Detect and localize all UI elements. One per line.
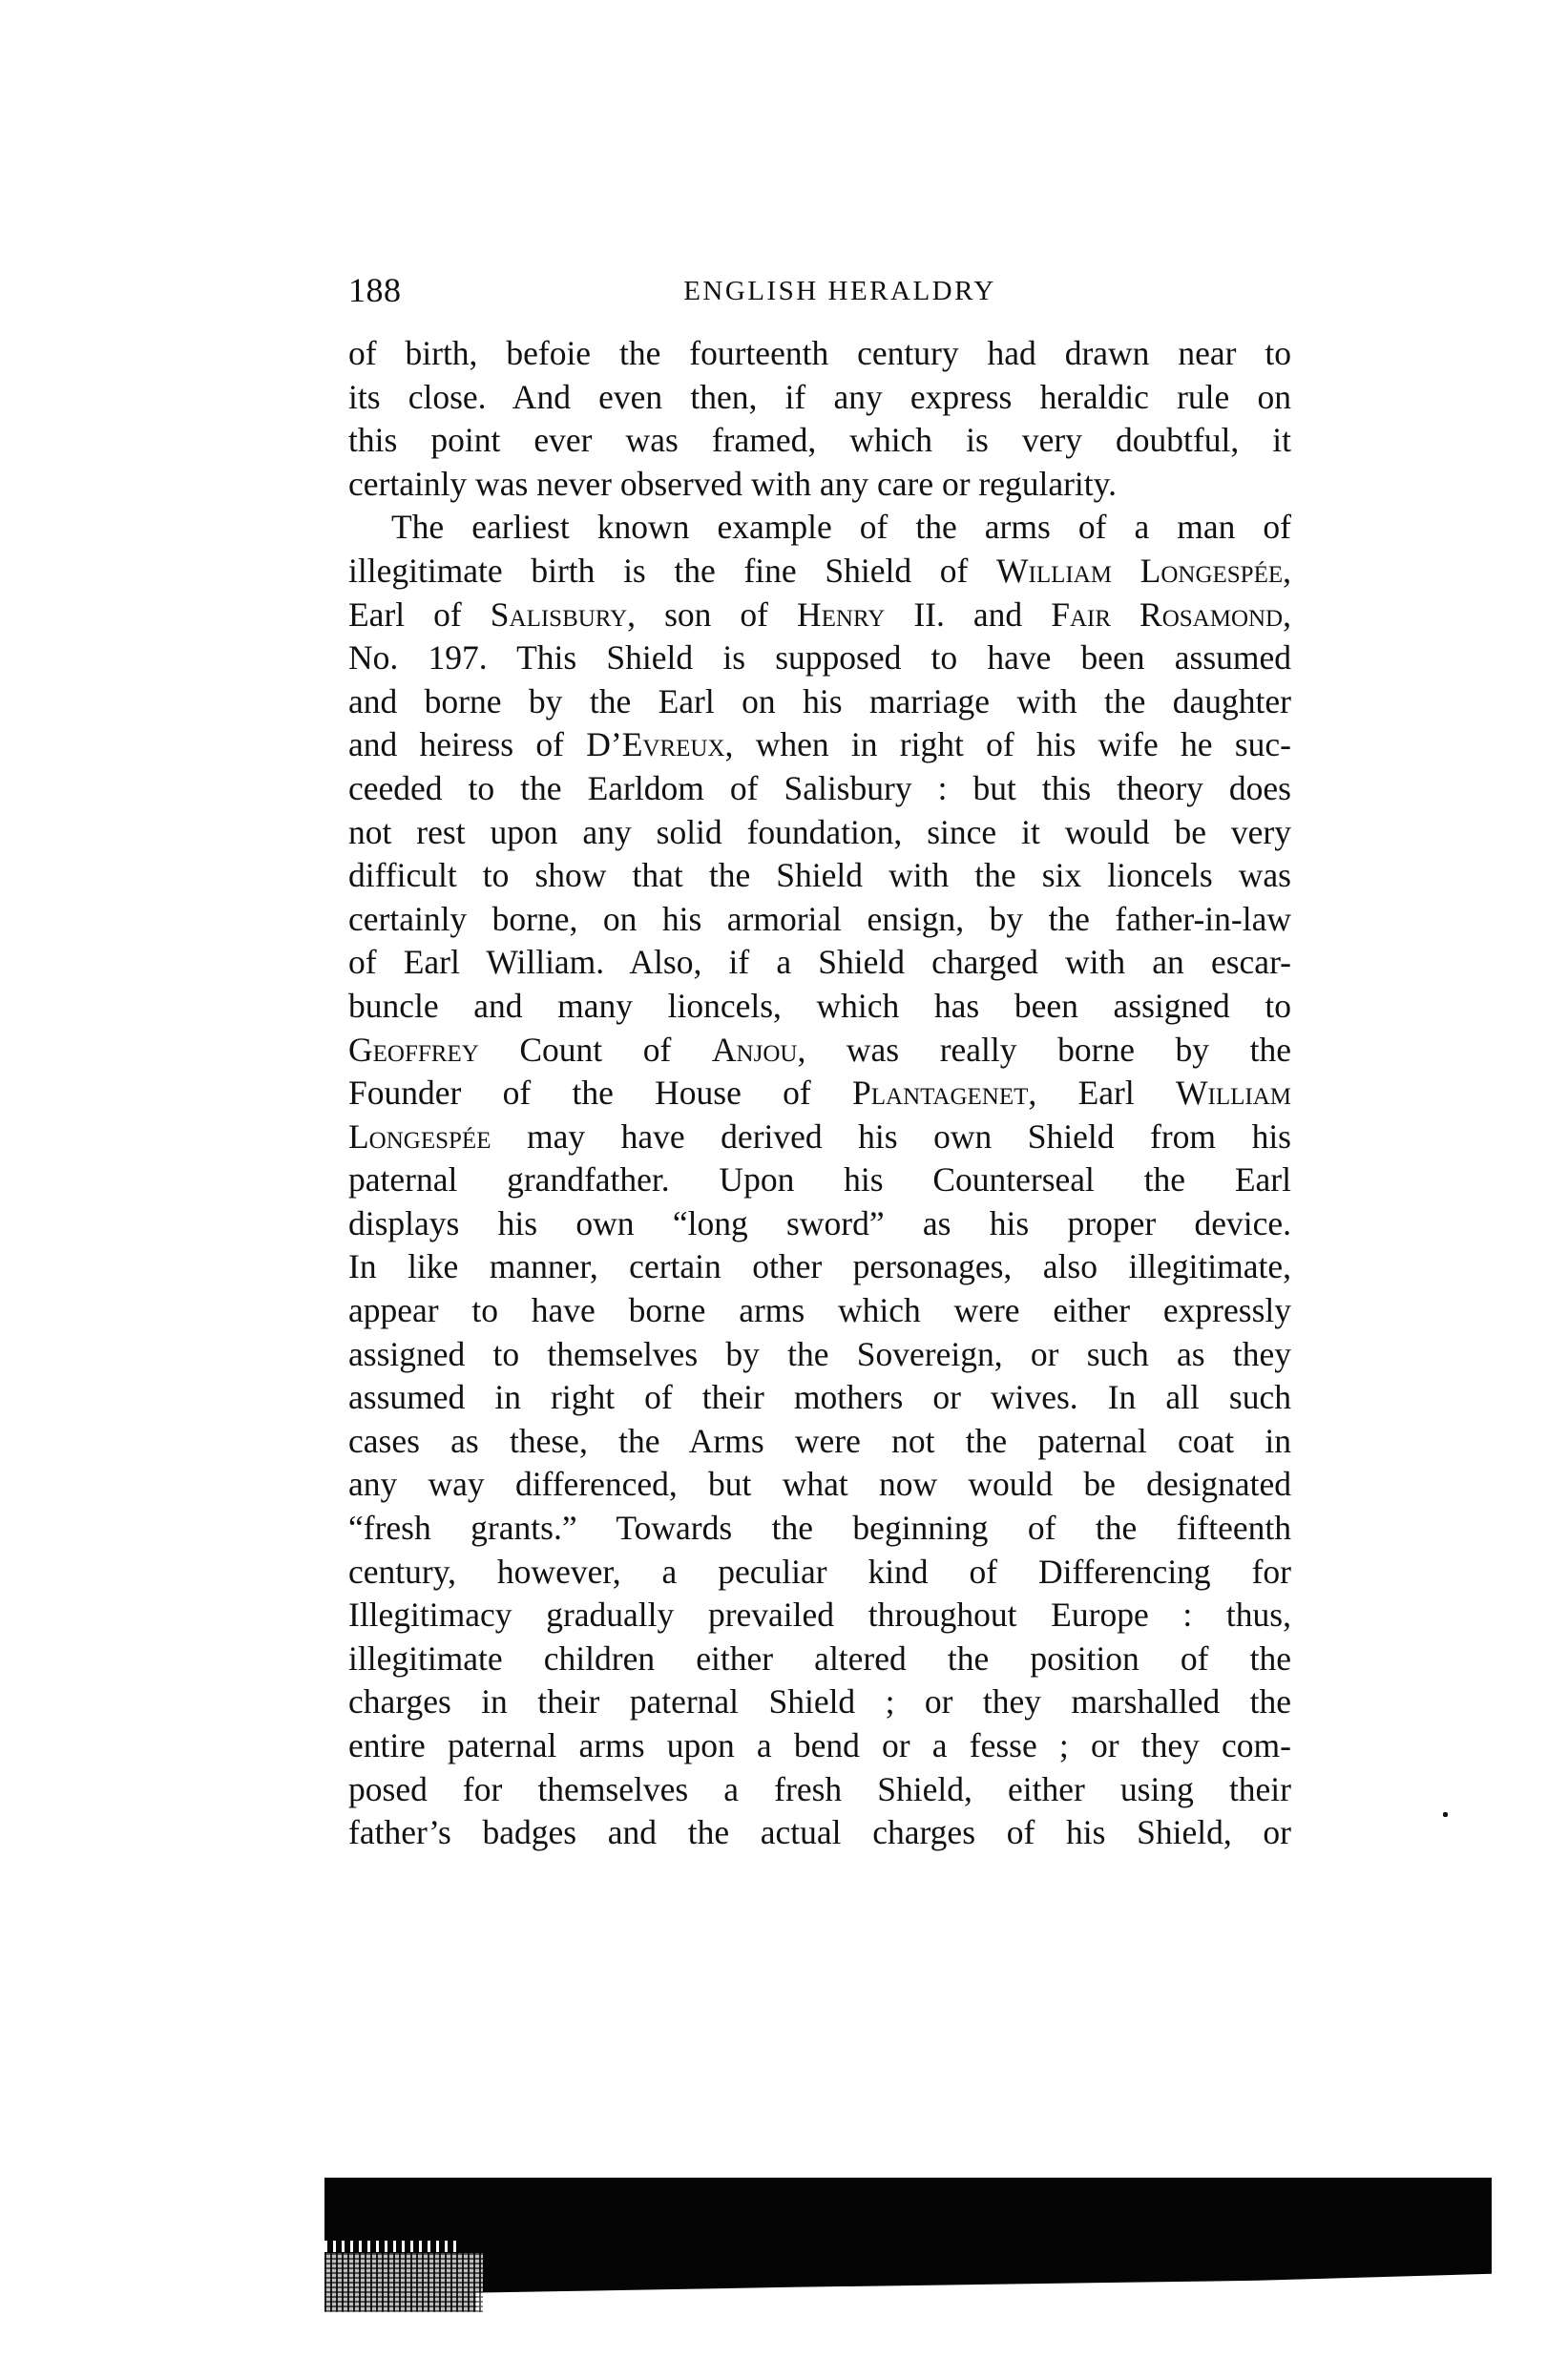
text-line: of birth, befoie the fourteenth century … (348, 332, 1291, 376)
text-line: The earliest known example of the arms o… (348, 506, 1291, 550)
small-caps-name: Geoffrey (348, 1031, 479, 1069)
text-run: buncle and many lioncels, which has been… (348, 987, 1291, 1025)
text-line: certainly was never observed with any ca… (348, 463, 1291, 507)
text-line: No. 197. This Shield is supposed to have… (348, 636, 1291, 680)
text-line: any way differenced, but what now would … (348, 1463, 1291, 1507)
text-run: century, however, a peculiar kind of Dif… (348, 1553, 1291, 1591)
text-line: Illegitimacy gradually prevailed through… (348, 1594, 1291, 1638)
text-run: , when in right of his wife he suc- (725, 725, 1291, 763)
text-run: of Earl William. Also, if a Shield charg… (348, 943, 1291, 981)
text-line: and borne by the Earl on his marriage wi… (348, 680, 1291, 724)
text-line: charges in their paternal Shield ; or th… (348, 1680, 1291, 1724)
small-caps-name: Henry (797, 595, 885, 634)
text-line: illegitimate children either altered the… (348, 1638, 1291, 1681)
small-caps-name: Evreux (622, 725, 725, 763)
text-line: assigned to themselves by the Sovereign,… (348, 1333, 1291, 1377)
text-line: illegitimate birth is the fine Shield of… (348, 550, 1291, 594)
body-text: of birth, befoie the fourteenth century … (348, 332, 1291, 1855)
small-caps-name: Anjou (712, 1031, 798, 1069)
book-page: 188 ENGLISH HERALDRY of birth, befoie th… (0, 0, 1568, 2379)
small-caps-name: Fair Rosamond (1051, 595, 1283, 634)
text-run: its close. And even then, if any express… (348, 378, 1291, 416)
text-run: , was really borne by the (797, 1031, 1291, 1069)
text-run: entire paternal arms upon a bend or a fe… (348, 1726, 1291, 1764)
text-run: , (1283, 552, 1291, 590)
text-line: entire paternal arms upon a bend or a fe… (348, 1724, 1291, 1768)
small-caps-name: Plantagenet (852, 1074, 1028, 1112)
text-run: displays his own “long sword” as his pro… (348, 1204, 1291, 1242)
text-run: posed for themselves a fresh Shield, eit… (348, 1770, 1291, 1808)
text-run: , son of (627, 595, 797, 634)
text-run: The earliest known example of the arms o… (391, 508, 1291, 546)
text-line: Geoffrey Count of Anjou, was really born… (348, 1029, 1291, 1073)
running-title: ENGLISH HERALDRY (348, 276, 1293, 307)
text-line: Founder of the House of Plantagenet, Ear… (348, 1072, 1291, 1116)
text-line: appear to have borne arms which were eit… (348, 1289, 1291, 1333)
text-run: , (1283, 595, 1291, 634)
text-line: its close. And even then, if any express… (348, 376, 1291, 420)
margin-speck (1443, 1812, 1448, 1817)
text-line: difficult to show that the Shield with t… (348, 854, 1291, 898)
text-run: of birth, befoie the fourteenth century … (348, 334, 1291, 372)
text-line: “fresh grants.” Towards the beginning of… (348, 1507, 1291, 1551)
text-line: ceeded to the Earldom of Salisbury : but… (348, 767, 1291, 811)
text-line: displays his own “long sword” as his pro… (348, 1202, 1291, 1246)
text-run: this point ever was framed, which is ver… (348, 421, 1291, 459)
text-run: II. and (885, 595, 1051, 634)
text-run: any way differenced, but what now would … (348, 1465, 1291, 1503)
text-line: certainly borne, on his armorial ensign,… (348, 898, 1291, 942)
running-head: 188 ENGLISH HERALDRY (348, 270, 1293, 308)
text-run: assigned to themselves by the Sovereign,… (348, 1335, 1291, 1373)
text-line: Longespée may have derived his own Shiel… (348, 1116, 1291, 1159)
text-run: difficult to show that the Shield with t… (348, 856, 1291, 894)
text-run: certainly was never observed with any ca… (348, 465, 1117, 503)
small-caps-name: Longespée (348, 1117, 491, 1156)
text-line: Earl of Salisbury, son of Henry II. and … (348, 594, 1291, 637)
text-run: cases as these, the Arms were not the pa… (348, 1422, 1291, 1460)
text-run: certainly borne, on his armorial ensign,… (348, 900, 1291, 938)
text-line: assumed in right of their mothers or wiv… (348, 1376, 1291, 1420)
small-caps-name: William Longespée (996, 552, 1283, 590)
text-run: and heiress of D’ (348, 725, 622, 763)
text-run: No. 197. This Shield is supposed to have… (348, 638, 1291, 677)
text-line: posed for themselves a fresh Shield, eit… (348, 1768, 1291, 1812)
small-caps-name: William (1176, 1074, 1291, 1112)
text-line: this point ever was framed, which is ver… (348, 419, 1291, 463)
text-line: century, however, a peculiar kind of Dif… (348, 1551, 1291, 1595)
text-line: not rest upon any solid foundation, sinc… (348, 811, 1291, 855)
text-line: paternal grandfather. Upon his Counterse… (348, 1158, 1291, 1202)
text-run: charges in their paternal Shield ; or th… (348, 1682, 1291, 1721)
text-run: may have derived his own Shield from his (491, 1117, 1291, 1156)
text-run: father’s badges and the actual charges o… (348, 1813, 1291, 1851)
small-caps-name: Salisbury (491, 595, 627, 634)
text-run: paternal grandfather. Upon his Counterse… (348, 1160, 1291, 1199)
text-run: not rest upon any solid foundation, sinc… (348, 813, 1291, 851)
text-line: In like manner, certain other personages… (348, 1245, 1291, 1289)
text-line: buncle and many lioncels, which has been… (348, 985, 1291, 1029)
text-line: of Earl William. Also, if a Shield charg… (348, 941, 1291, 985)
text-run: Illegitimacy gradually prevailed through… (348, 1596, 1291, 1634)
scan-noise-patch (324, 2253, 483, 2312)
text-run: illegitimate children either altered the… (348, 1639, 1291, 1678)
text-run: appear to have borne arms which were eit… (348, 1291, 1291, 1329)
text-run: ceeded to the Earldom of Salisbury : but… (348, 769, 1291, 807)
text-run: Earl of (348, 595, 491, 634)
scan-artifact-bar (324, 2178, 1492, 2311)
text-run: , Earl (1028, 1074, 1176, 1112)
text-run: In like manner, certain other personages… (348, 1247, 1291, 1285)
text-run: illegitimate birth is the fine Shield of (348, 552, 996, 590)
text-line: father’s badges and the actual charges o… (348, 1811, 1291, 1855)
text-line: and heiress of D’Evreux, when in right o… (348, 723, 1291, 767)
text-run: assumed in right of their mothers or wiv… (348, 1378, 1291, 1416)
text-run: and borne by the Earl on his marriage wi… (348, 682, 1291, 720)
scan-noise-strip (324, 2241, 458, 2252)
text-line: cases as these, the Arms were not the pa… (348, 1420, 1291, 1464)
text-run: Founder of the House of (348, 1074, 852, 1112)
text-run: Count of (479, 1031, 712, 1069)
text-run: “fresh grants.” Towards the beginning of… (348, 1509, 1291, 1547)
